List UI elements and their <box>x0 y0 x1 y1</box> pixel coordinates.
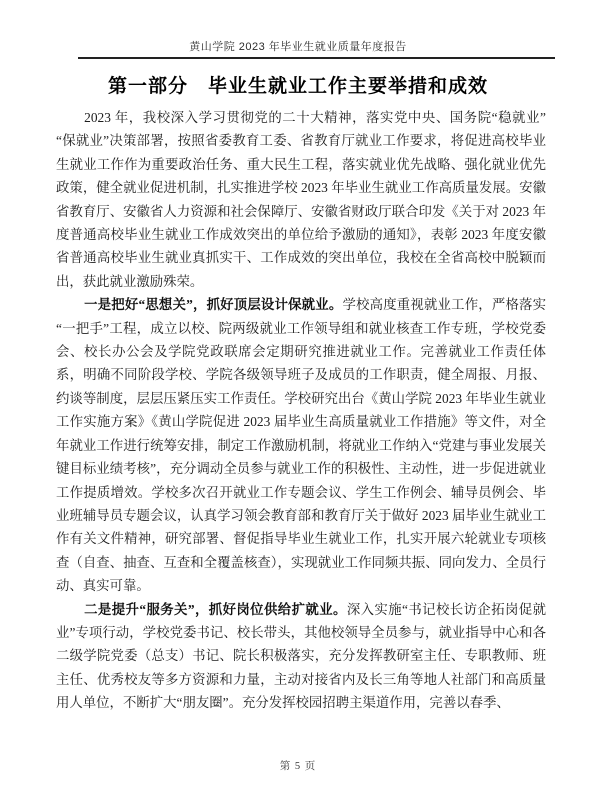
paragraph-text: 深入实施“书记校长访企拓岗促就业”专项行动，学校党委书记、校长带头，其他校领导全… <box>56 602 546 711</box>
header-rule <box>78 57 555 59</box>
page-number: 第 5 页 <box>0 758 596 773</box>
paragraph: 二是提升“服务关”，抓好岗位供给扩就业。深入实施“书记校长访企拓岗促就业”专项行… <box>56 598 546 715</box>
page-title: 第一部分 毕业生就业工作主要举措和成效 <box>0 71 596 98</box>
document-page: 黄山学院 2023 年毕业生就业质量年度报告 第一部分 毕业生就业工作主要举措和… <box>0 0 596 808</box>
paragraph: 2023 年，我校深入学习贯彻党的二十大精神，落实党中央、国务院“稳就业”“保就… <box>56 106 546 293</box>
paragraph-text: 2023 年，我校深入学习贯彻党的二十大精神，落实党中央、国务院“稳就业”“保就… <box>56 110 546 289</box>
paragraph-text: 学校高度重视就业工作，严格落实“一把手”工程，成立以校、院两级就业工作领导组和就… <box>56 297 546 593</box>
document-body: 2023 年，我校深入学习贯彻党的二十大精神，落实党中央、国务院“稳就业”“保就… <box>56 106 546 715</box>
paragraph-lead: 二是提升“服务关”，抓好岗位供给扩就业。 <box>84 602 347 617</box>
paragraph-lead: 一是把好“思想关”，抓好顶层设计保就业。 <box>84 297 342 312</box>
paragraph: 一是把好“思想关”，抓好顶层设计保就业。学校高度重视就业工作，严格落实“一把手”… <box>56 293 546 597</box>
running-header: 黄山学院 2023 年毕业生就业质量年度报告 <box>0 38 596 54</box>
